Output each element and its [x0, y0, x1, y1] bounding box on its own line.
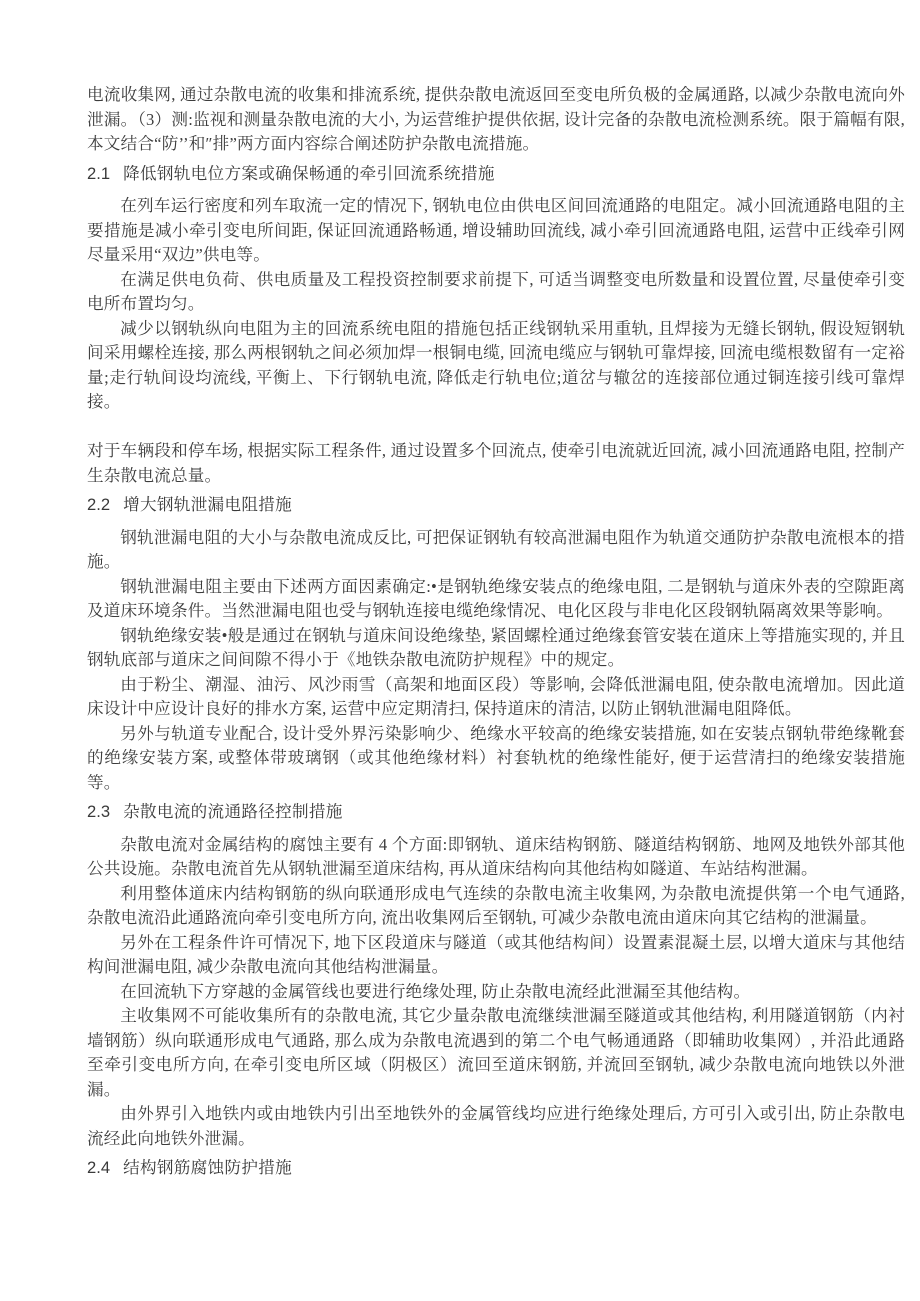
- paragraph: 在列车运行密度和列车取流一定的情况下, 钢轨电位由供电区间回流通路的电阻定。减小…: [87, 194, 905, 268]
- paragraph: 钢轨泄漏电阻主要由下述两方面因素确定:•是钢轨绝缘安装点的绝缘电阻, 二是钢轨与…: [87, 575, 905, 624]
- paragraph: 另外与轨道专业配合, 设计受外界污染影响少、绝缘水平较高的绝缘安装措施, 如在安…: [87, 722, 905, 796]
- paragraph: 对于车辆段和停车场, 根据实际工程条件, 通过设置多个回流点, 使牵引电流就近回…: [87, 439, 905, 488]
- section-number: 2.2: [87, 493, 110, 518]
- section-heading-2-4: 2.4结构钢筋腐蚀防护措施: [87, 1156, 905, 1181]
- paragraph: 在回流轨下方穿越的金属管线也要进行绝缘处理, 防止杂散电流经此泄漏至其他结构。: [87, 980, 905, 1005]
- section-title: 结构钢筋腐蚀防护措施: [123, 1158, 292, 1177]
- paragraph: 钢轨泄漏电阻的大小与杂散电流成反比, 可把保证钢轨有较高泄漏电阻作为轨道交通防护…: [87, 526, 905, 575]
- paragraph: 另外在工程条件许可情况下, 地下区段道床与隧道（或其他结构间）设置素混凝土层, …: [87, 931, 905, 980]
- section-title: 降低钢轨电位方案或确保畅通的牵引回流系统措施: [123, 164, 495, 183]
- paragraph: 由外界引入地铁内或由地铁内引出至地铁外的金属管线均应进行绝缘处理后, 方可引入或…: [87, 1102, 905, 1151]
- paragraph: 杂散电流对金属结构的腐蚀主要有 4 个方面:即钢轨、道床结构钢筋、隧道结构钢筋、…: [87, 833, 905, 882]
- section-heading-2-2: 2.2增大钢轨泄漏电阻措施: [87, 493, 905, 518]
- paragraph: 钢轨绝缘安装•般是通过在钢轨与道床间设绝缘垫, 紧固螺栓通过绝缘套管安装在道床上…: [87, 624, 905, 673]
- section-title: 增大钢轨泄漏电阻措施: [123, 495, 292, 514]
- paragraph: 减少以钢轨纵向电阻为主的回流系统电阻的措施包括正线钢轨采用重轨, 且焊接为无缝长…: [87, 317, 905, 415]
- paragraph-continuation: 电流收集网, 通过杂散电流的收集和排流系统, 提供杂散电流返回至变电所负极的金属…: [87, 83, 905, 157]
- paragraph: 在满足供电负荷、供电质量及工程投资控制要求前提下, 可适当调整变电所数量和设置位…: [87, 268, 905, 317]
- section-number: 2.4: [87, 1156, 110, 1181]
- paragraph: 主收集网不可能收集所有的杂散电流, 其它少量杂散电流继续泄漏至隧道或其他结构, …: [87, 1004, 905, 1102]
- section-number: 2.3: [87, 800, 110, 825]
- paragraph: 由于粉尘、潮湿、油污、风沙雨雪（高架和地面区段）等影响, 会降低泄漏电阻, 使杂…: [87, 673, 905, 722]
- text-content: 电流收集网, 通过杂散电流的收集和排流系统, 提供杂散电流返回至变电所负极的金属…: [0, 0, 920, 1189]
- section-heading-2-3: 2.3杂散电流的流通路径控制措施: [87, 800, 905, 825]
- paragraph: 利用整体道床内结构钢筋的纵向联通形成电气连续的杂散电流主收集网, 为杂散电流提供…: [87, 882, 905, 931]
- section-number: 2.1: [87, 162, 110, 187]
- section-heading-2-1: 2.1降低钢轨电位方案或确保畅通的牵引回流系统措施: [87, 162, 905, 187]
- document-page: 电流收集网, 通过杂散电流的收集和排流系统, 提供杂散电流返回至变电所负极的金属…: [0, 0, 920, 1301]
- section-title: 杂散电流的流通路径控制措施: [123, 802, 343, 821]
